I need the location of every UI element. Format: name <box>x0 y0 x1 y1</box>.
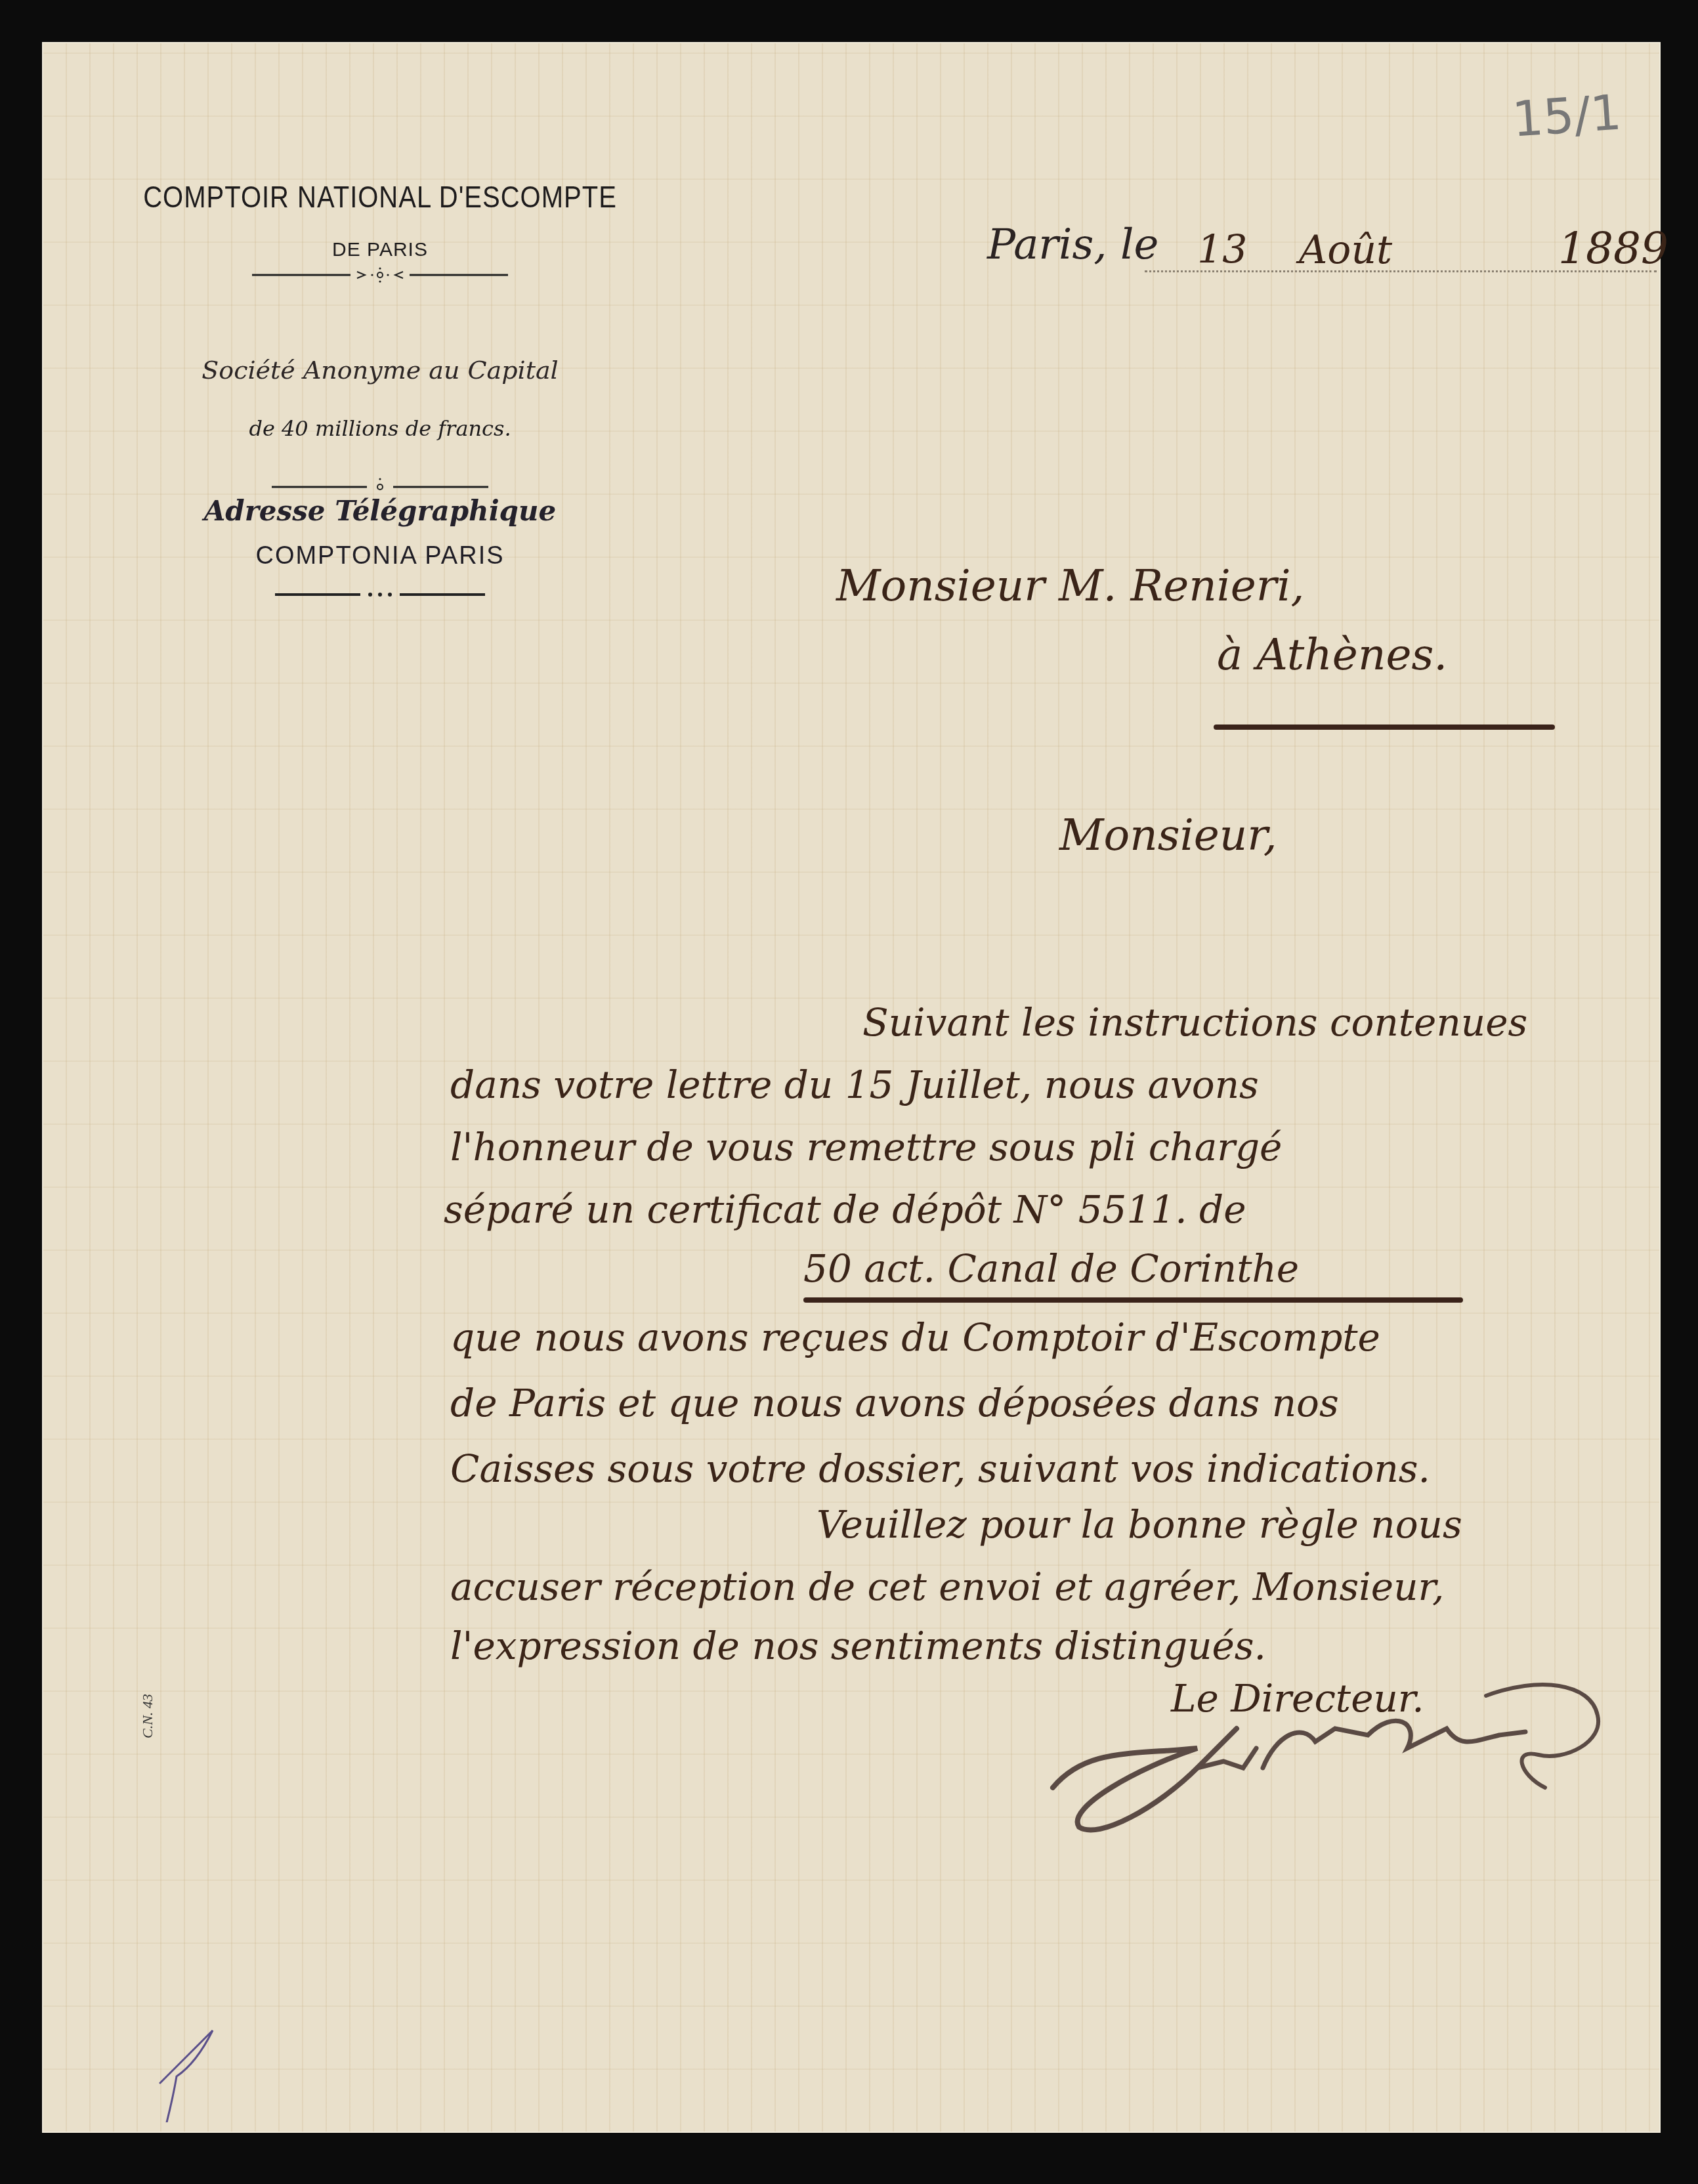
salutation: Monsieur, <box>1059 810 1277 860</box>
addressee-location: à Athènes. <box>1217 629 1447 680</box>
body-line: l'honneur de vous remettre sous pli char… <box>450 1125 1282 1169</box>
ornament-divider-icon <box>272 587 488 602</box>
margin-pencil-mark-icon <box>140 2011 219 2122</box>
archive-reference: 15/1 <box>1510 84 1623 148</box>
divider-rule <box>1214 724 1555 730</box>
ornament-divider-icon <box>239 265 521 285</box>
body-line: de Paris et que nous avons déposées dans… <box>450 1381 1339 1425</box>
body-line: l'expression de nos sentiments distingué… <box>450 1624 1266 1668</box>
addressee-name: Monsieur M. Renieri, <box>836 560 1305 611</box>
date-place: Paris, le <box>987 220 1158 269</box>
letterhead-title: COMPTOIR NATIONAL D'ESCOMPTE <box>108 181 652 215</box>
letterhead-telegraphic-label: Adresse Télégraphique <box>108 495 652 527</box>
dateline: Paris, le 13 Août 1889 <box>987 220 1657 280</box>
letterhead-telegraphic-address: COMPTONIA PARIS <box>108 542 652 570</box>
body-line: séparé un certificat de dépôt N° 5511. d… <box>444 1187 1246 1232</box>
body-line: dans votre lettre du 15 Juillet, nous av… <box>450 1062 1259 1107</box>
form-code: C.N. 43 <box>139 1694 156 1738</box>
body-line: Veuillez pour la bonne règle nous <box>817 1502 1462 1547</box>
date-month: Août <box>1299 227 1392 273</box>
body-line: accuser réception de cet envoi et agréer… <box>450 1564 1444 1609</box>
letterhead-subtitle: DE PARIS <box>108 239 652 261</box>
date-year: 1889 <box>1558 223 1668 274</box>
letter-page: 15/1 COMPTOIR NATIONAL D'ESCOMPTE DE PAR… <box>42 42 1661 2133</box>
body-line: Caisses sous votre dossier, suivant vos … <box>450 1446 1430 1491</box>
ornament-divider-icon <box>265 475 495 495</box>
letterhead-capital: de 40 millions de francs. <box>108 416 652 441</box>
body-line: que nous avons reçues du Comptoir d'Esco… <box>450 1315 1380 1360</box>
letterhead-company-type: Société Anonyme au Capital <box>108 356 652 385</box>
date-day: 13 <box>1197 227 1247 273</box>
body-line: Suivant les instructions contenues <box>862 1000 1527 1045</box>
signature-icon <box>1027 1669 1683 1840</box>
divider-rule <box>803 1297 1463 1303</box>
body-line-highlight: 50 act. Canal de Corinthe <box>803 1246 1299 1291</box>
